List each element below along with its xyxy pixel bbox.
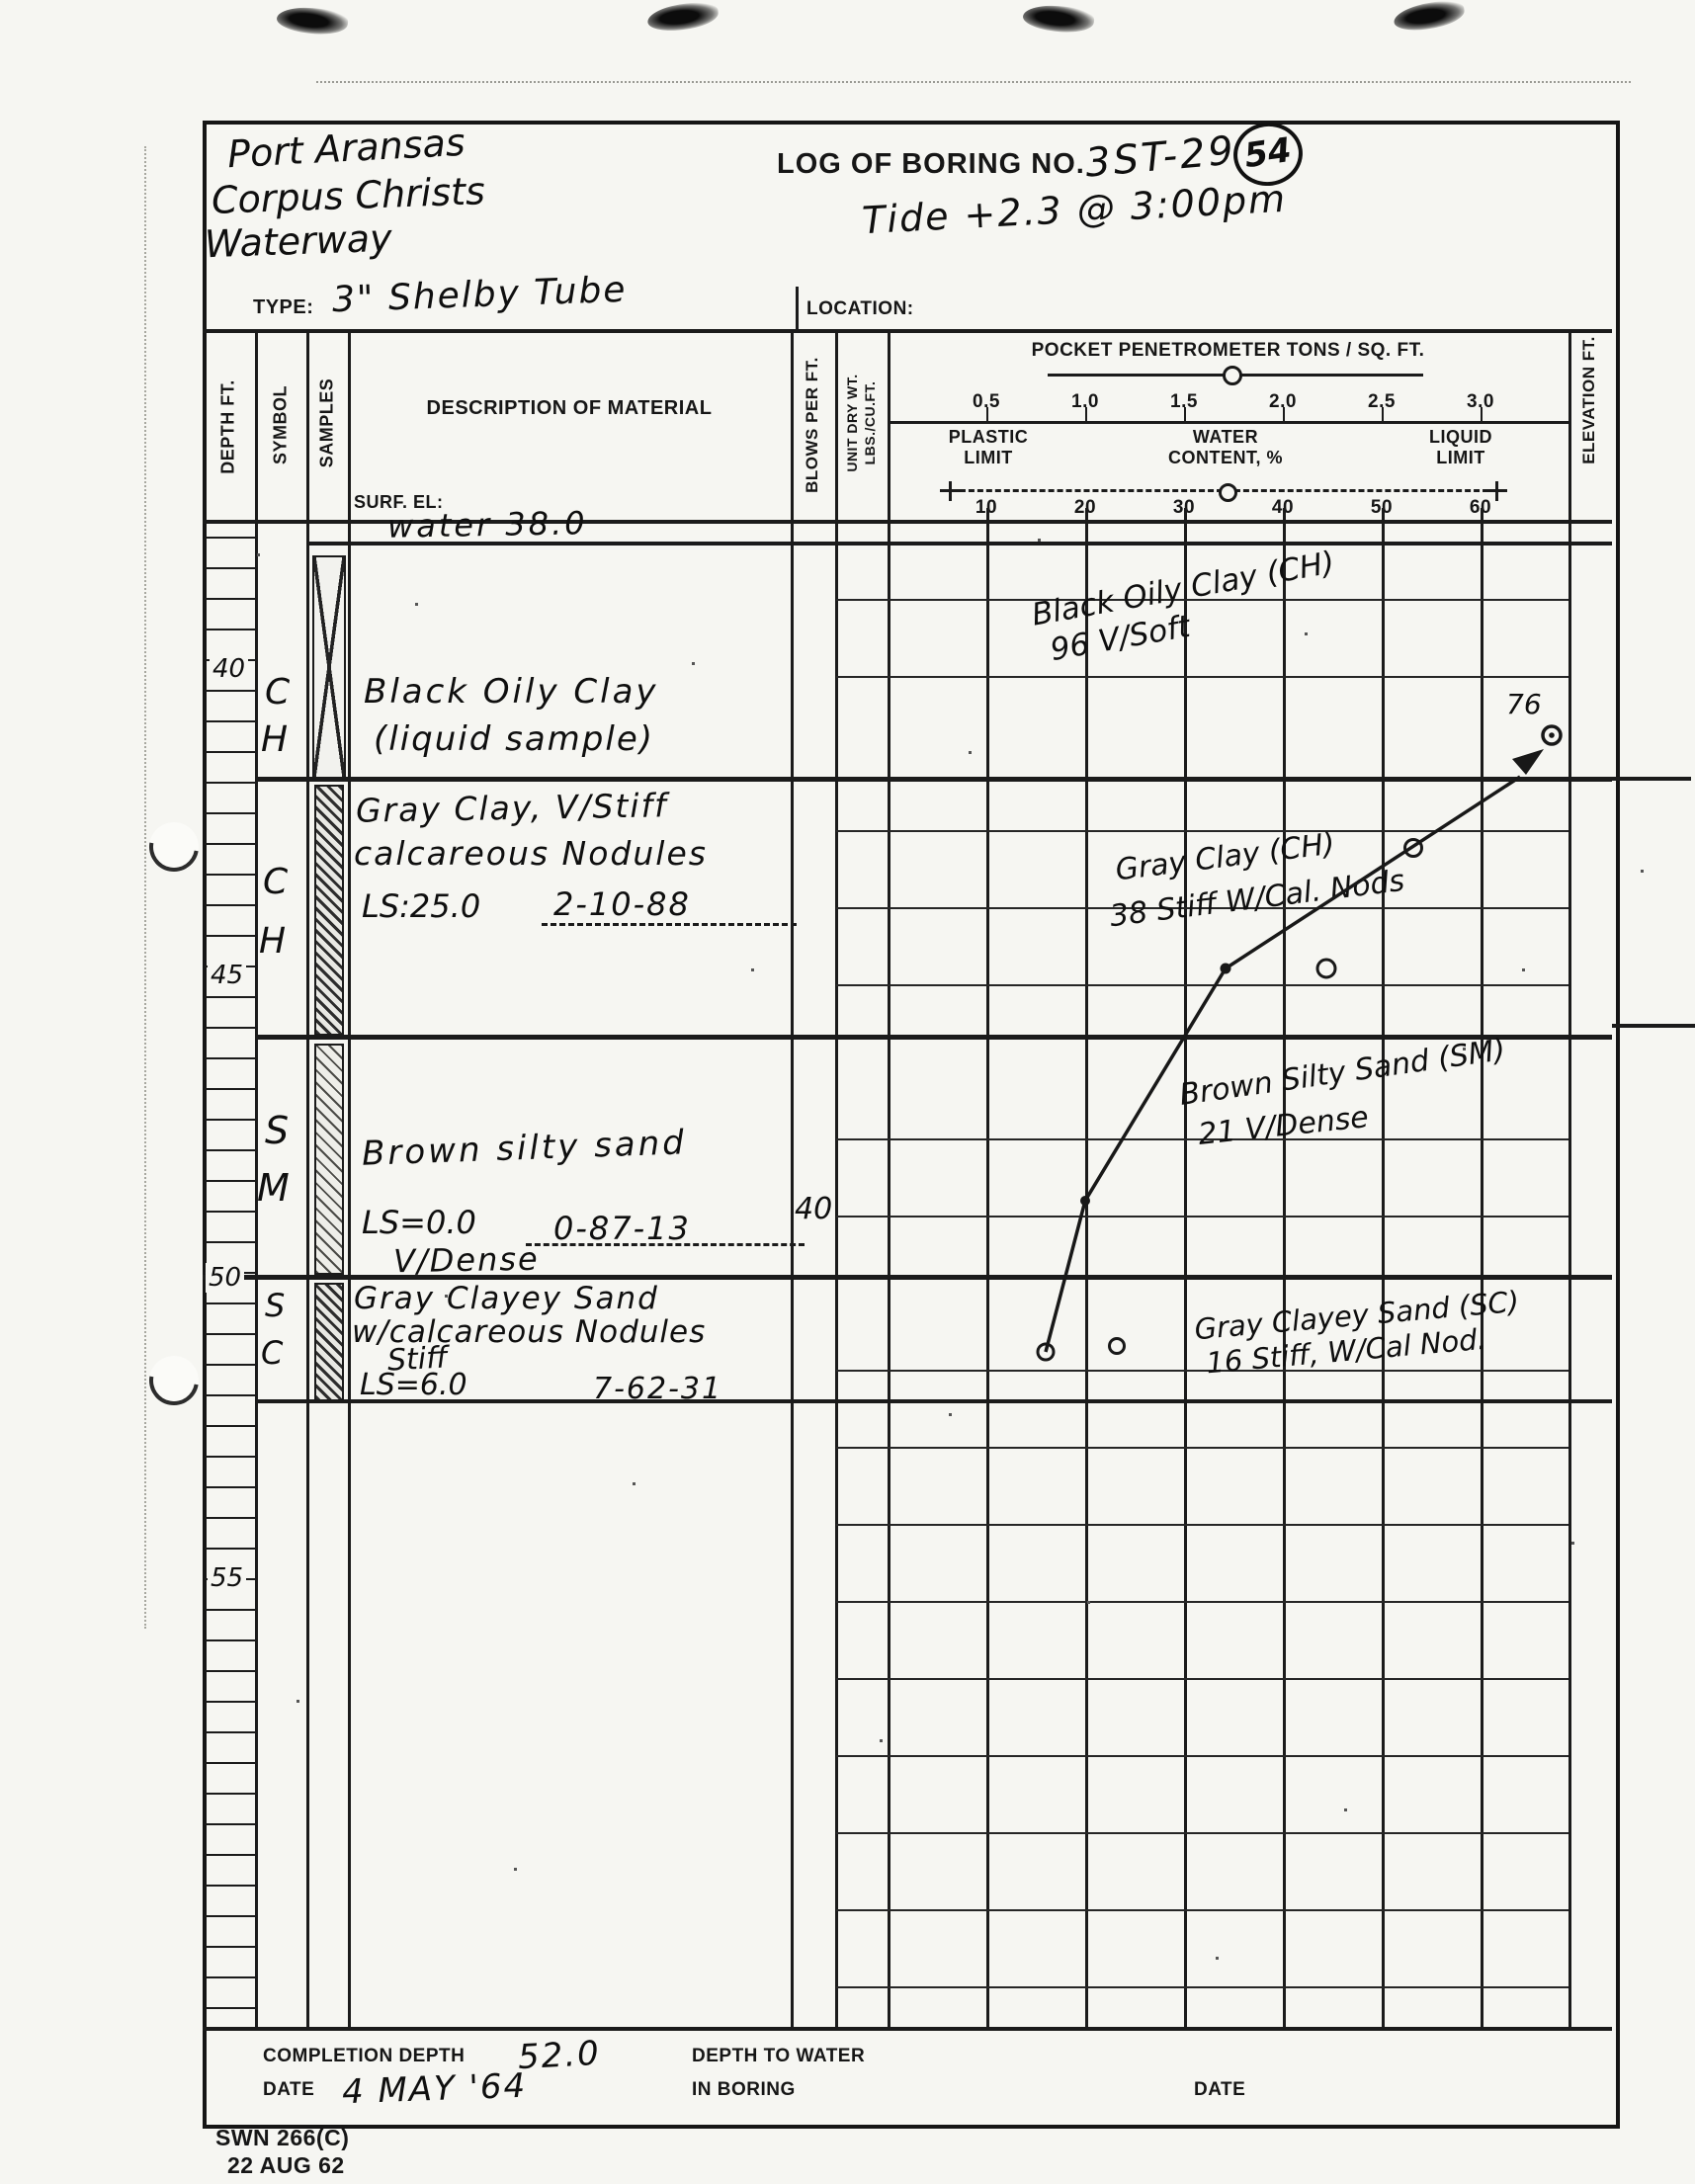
smudge-mark xyxy=(1393,0,1467,34)
boring-title-label: LOG OF BORING NO. xyxy=(777,148,1085,181)
layer-symbol: M xyxy=(257,1166,290,1210)
completion-depth-value: 52.0 xyxy=(517,2034,602,2077)
layer-desc-line: Gray Clay, V/Stiff xyxy=(356,786,668,830)
ladder-rung xyxy=(205,1854,255,1856)
layer-desc-line: LS=6.0 xyxy=(360,1368,467,1402)
layer-symbol: C xyxy=(265,672,290,713)
depth-label: 45 xyxy=(208,961,246,990)
water-content-label: WATER CONTENT, % xyxy=(1151,427,1300,468)
speckle-dot xyxy=(1641,870,1644,873)
layer-desc-line: 7-62-31 xyxy=(593,1372,722,1406)
ladder-rung xyxy=(205,1517,255,1519)
ladder-rung xyxy=(205,1057,255,1059)
water-note: water 38.0 xyxy=(387,504,588,546)
completion-depth-label: COMPLETION DEPTH xyxy=(263,2046,465,2067)
depth-label: 50 xyxy=(206,1263,244,1293)
speckle-dot xyxy=(751,968,754,971)
layer-desc-line: LS:25.0 xyxy=(362,887,480,925)
column-header-samples: SAMPLES xyxy=(317,378,338,468)
form-date: 22 AUG 62 xyxy=(227,2152,345,2179)
blows-value: 40 xyxy=(795,1192,832,1226)
depth-label: 40 xyxy=(210,654,248,684)
type-label: TYPE: xyxy=(253,296,313,319)
ladder-rung xyxy=(205,567,255,569)
smudge-mark xyxy=(276,4,350,39)
ladder-rung xyxy=(205,1823,255,1825)
margin-dots xyxy=(144,146,146,1629)
ladder-rung xyxy=(205,690,255,692)
ladder-rung xyxy=(205,1915,255,1917)
speckle-dot xyxy=(297,1700,299,1703)
ladder-rung xyxy=(205,904,255,906)
boundary-extension xyxy=(1612,777,1691,781)
scale-tick-mark xyxy=(1481,407,1483,421)
ladder-rung xyxy=(205,751,255,753)
speckle-dot xyxy=(415,603,418,606)
column-divider xyxy=(348,331,351,2027)
date-value: 4 MAY '64 xyxy=(341,2066,528,2113)
speckle-dot xyxy=(1571,1542,1574,1545)
scale-tick-mark xyxy=(986,407,988,421)
data-point-open xyxy=(1110,1339,1125,1354)
layer-desc-line: calcareous Nodules xyxy=(354,834,708,873)
column-header-blows: BLOWS PER FT. xyxy=(803,357,822,493)
ladder-rung xyxy=(205,1731,255,1733)
data-point xyxy=(1080,1196,1090,1206)
speckle-dot xyxy=(514,1868,517,1871)
column-header-elevation: ELEVATION FT. xyxy=(1579,336,1599,464)
layer-symbol: S xyxy=(265,1287,285,1324)
liquid-limit-label: LIQUID LIMIT xyxy=(1411,427,1510,468)
ladder-rung xyxy=(205,1149,255,1151)
layer-symbol: S xyxy=(265,1109,289,1152)
penetrometer-legend-marker xyxy=(1223,366,1242,385)
ladder-rung xyxy=(205,1088,255,1090)
layer-symbol: H xyxy=(259,921,286,962)
sample-tube xyxy=(314,1044,344,1275)
ladder-rung xyxy=(205,1762,255,1764)
divider xyxy=(796,287,799,331)
ladder-rung xyxy=(205,720,255,722)
layer-symbol: H xyxy=(261,719,288,760)
speckle-dot xyxy=(633,1482,636,1485)
column-header-unit-dry-wt: UNIT DRY WT. LBS./CU.FT. xyxy=(843,374,879,471)
location-label: LOCATION: xyxy=(806,298,914,320)
ladder-rung xyxy=(205,1364,255,1366)
boundary-extension xyxy=(1612,1024,1695,1028)
ladder-rung xyxy=(205,1333,255,1335)
layer-symbol: C xyxy=(263,862,288,902)
layer-desc-line: 0-87-13 xyxy=(553,1210,691,1247)
speckle-dot xyxy=(692,662,695,665)
liquid-limit-line: LIQUID xyxy=(1411,427,1510,448)
liquid-limit-point-label: 76 xyxy=(1506,688,1542,720)
water-content-line xyxy=(1046,777,1520,1352)
unit-dry-wt-line: UNIT DRY WT. xyxy=(843,374,861,471)
speckle-dot xyxy=(257,553,260,556)
ladder-rung xyxy=(205,1609,255,1611)
plastic-limit-line: LIMIT xyxy=(939,448,1038,468)
data-point-open xyxy=(1317,960,1335,977)
column-divider xyxy=(1568,331,1571,2027)
ladder-rung xyxy=(205,1670,255,1672)
scale-tick-mark xyxy=(1382,407,1384,421)
arrowhead xyxy=(1512,749,1544,775)
date-label: DATE xyxy=(263,2079,314,2101)
ladder-rung xyxy=(205,1456,255,1458)
ladder-rung xyxy=(205,843,255,845)
ladder-rung xyxy=(205,782,255,784)
ladder-rung xyxy=(205,1701,255,1703)
column-header-symbol: SYMBOL xyxy=(271,385,292,464)
column-header-description: DESCRIPTION OF MATERIAL xyxy=(348,397,791,420)
ladder-rung xyxy=(205,996,255,998)
smudge-mark xyxy=(646,0,720,33)
water-content-line: WATER xyxy=(1151,427,1300,448)
punch-hole xyxy=(139,812,209,882)
data-point xyxy=(1221,964,1231,974)
form-number: SWN 266(C) xyxy=(215,2125,349,2151)
ladder-rung xyxy=(205,812,255,814)
ladder-rung xyxy=(205,1946,255,1948)
liquid-limit-line: LIMIT xyxy=(1411,448,1510,468)
ladder-rung xyxy=(205,1302,255,1304)
ladder-rung xyxy=(205,1486,255,1488)
column-divider xyxy=(306,331,309,2027)
plastic-limit-label: PLASTIC LIMIT xyxy=(939,427,1038,468)
unit-dry-wt-line: LBS./CU.FT. xyxy=(861,374,879,471)
column-divider xyxy=(791,331,794,2027)
ladder-rung xyxy=(205,1180,255,1182)
layer-desc-line: LS=0.0 xyxy=(362,1204,476,1241)
speckle-dot xyxy=(880,1739,883,1742)
ladder-rung xyxy=(205,1241,255,1243)
rule xyxy=(203,329,1612,333)
ladder-rung xyxy=(205,935,255,937)
layer-desc-line: 2-10-88 xyxy=(553,885,691,923)
plastic-limit-line: PLASTIC xyxy=(939,427,1038,448)
depth-to-water-label: DEPTH TO WATER xyxy=(692,2046,865,2067)
chart-marks xyxy=(888,522,1568,2029)
rule xyxy=(888,421,1568,424)
sheet-number: 54 xyxy=(1242,130,1294,176)
sieve-underline xyxy=(542,923,797,926)
column-divider xyxy=(255,331,258,2027)
boring-log-scan: Port Aransas Corpus Christs Waterway LOG… xyxy=(0,0,1695,2184)
penetrometer-title: POCKET PENETROMETER TONS / SQ. FT. xyxy=(888,340,1568,362)
depth-label: 55 xyxy=(208,1563,246,1593)
ladder-rung xyxy=(205,1027,255,1029)
plus-marker xyxy=(940,489,961,492)
scale-tick-mark xyxy=(1184,407,1186,421)
ladder-rung xyxy=(205,598,255,600)
ladder-rung xyxy=(205,537,255,539)
ladder-rung xyxy=(205,1119,255,1121)
ladder-rung xyxy=(205,629,255,630)
ladder-rung xyxy=(205,874,255,876)
sieve-underline xyxy=(526,1243,805,1246)
ladder-rung xyxy=(205,1793,255,1795)
layer-desc-line: (liquid sample) xyxy=(374,719,654,759)
liquid-limit-point-center xyxy=(1549,732,1555,738)
ladder-rung xyxy=(205,1211,255,1213)
water-content-line: CONTENT, % xyxy=(1151,448,1300,468)
sample-tube xyxy=(314,1283,344,1401)
ladder-rung xyxy=(205,1885,255,1887)
layer-desc-line: Gray Clayey Sand xyxy=(354,1281,659,1316)
footer-date2-label: DATE xyxy=(1194,2079,1245,2101)
ladder-rung xyxy=(205,1639,255,1641)
in-boring-label: IN BORING xyxy=(692,2079,796,2101)
ladder-rung xyxy=(205,1394,255,1396)
layer-desc-line: Black Oily Clay xyxy=(364,672,659,712)
sample-tube xyxy=(312,555,346,779)
scale-tick-mark xyxy=(1283,407,1285,421)
punch-hole xyxy=(139,1346,209,1415)
ladder-rung xyxy=(205,1425,255,1427)
ladder-rung xyxy=(205,1976,255,1978)
smudge-mark xyxy=(1022,2,1096,37)
column-divider xyxy=(835,331,838,2027)
sample-tube xyxy=(314,785,344,1036)
column-header-depth: DEPTH FT. xyxy=(218,379,239,474)
scale-tick-mark xyxy=(1085,407,1087,421)
plus-marker xyxy=(1486,489,1507,492)
scan-edge-dots xyxy=(316,81,1631,83)
water-content-legend-marker xyxy=(1219,483,1237,502)
ladder-rung xyxy=(205,2007,255,2009)
project-line: Waterway xyxy=(204,216,392,267)
layer-symbol: C xyxy=(261,1334,283,1372)
ladder-rung xyxy=(205,1548,255,1550)
